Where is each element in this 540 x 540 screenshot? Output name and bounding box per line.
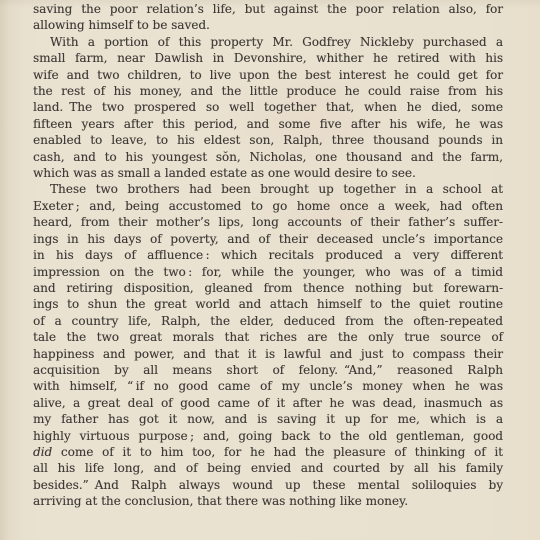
- text-line: which was as small a landed estate as on…: [33, 165, 503, 181]
- text-line: besides.” And Ralph always wound up thes…: [33, 477, 503, 493]
- text-line: Exeter ; and, being accustomed to go hom…: [33, 198, 503, 214]
- text-line: in his days of affluence : which recital…: [33, 247, 503, 263]
- text-line: with himself, “ if no good came of my un…: [33, 378, 503, 394]
- text-line: of a country life, Ralph, the elder, ded…: [33, 313, 503, 329]
- text-line: heard, from their mother’s lips, long ac…: [33, 214, 503, 230]
- text-line: all his life long, and of being envied a…: [33, 460, 503, 476]
- text-line: enabled to leave, to his eldest son, Ral…: [33, 132, 503, 148]
- text-line: wife and two children, to live upon the …: [33, 67, 503, 83]
- text-line: ings in his days of poverty, and of thei…: [33, 231, 503, 247]
- text-segment: come of it to him too, for he had the pl…: [52, 445, 503, 459]
- text-line: alive, a great deal of good came of it a…: [33, 395, 503, 411]
- text-line: happiness and power, and that it is lawf…: [33, 346, 503, 362]
- text-line: With a portion of this property Mr. Godf…: [33, 34, 503, 50]
- text-line: the rest of his money, and the little pr…: [33, 83, 503, 99]
- text-line: arriving at the conclusion, that there w…: [33, 493, 503, 509]
- text-line: tale the two great morals that riches ar…: [33, 329, 503, 345]
- book-page: saving the poor relation’s life, but aga…: [0, 0, 540, 540]
- text-line: saving the poor relation’s life, but aga…: [33, 1, 503, 17]
- text-line: These two brothers had been brought up t…: [33, 181, 503, 197]
- text-line: acquisition by all means short of felony…: [33, 362, 503, 378]
- text-line: land. The two prospered so well together…: [33, 99, 503, 115]
- italic-text: did: [33, 445, 52, 459]
- text-line: ings to shun the great world and attach …: [33, 296, 503, 312]
- text-line: highly virtuous purpose ; and, going bac…: [33, 428, 503, 444]
- text-line: cash, and to his youngest sŏn, Nicholas,…: [33, 149, 503, 165]
- text-line: my father has got it now, and is saving …: [33, 411, 503, 427]
- text-line: allowing himself to be saved.: [33, 17, 503, 33]
- text-line: fifteen years after this period, and som…: [33, 116, 503, 132]
- text-line: small farm, near Dawlish in Devonshire, …: [33, 50, 503, 66]
- page-text: saving the poor relation’s life, but aga…: [33, 1, 503, 510]
- text-line: and retiring disposition, gleaned from t…: [33, 280, 503, 296]
- text-line: impression on the two : for, while the y…: [33, 264, 503, 280]
- text-line: did come of it to him too, for he had th…: [33, 444, 503, 460]
